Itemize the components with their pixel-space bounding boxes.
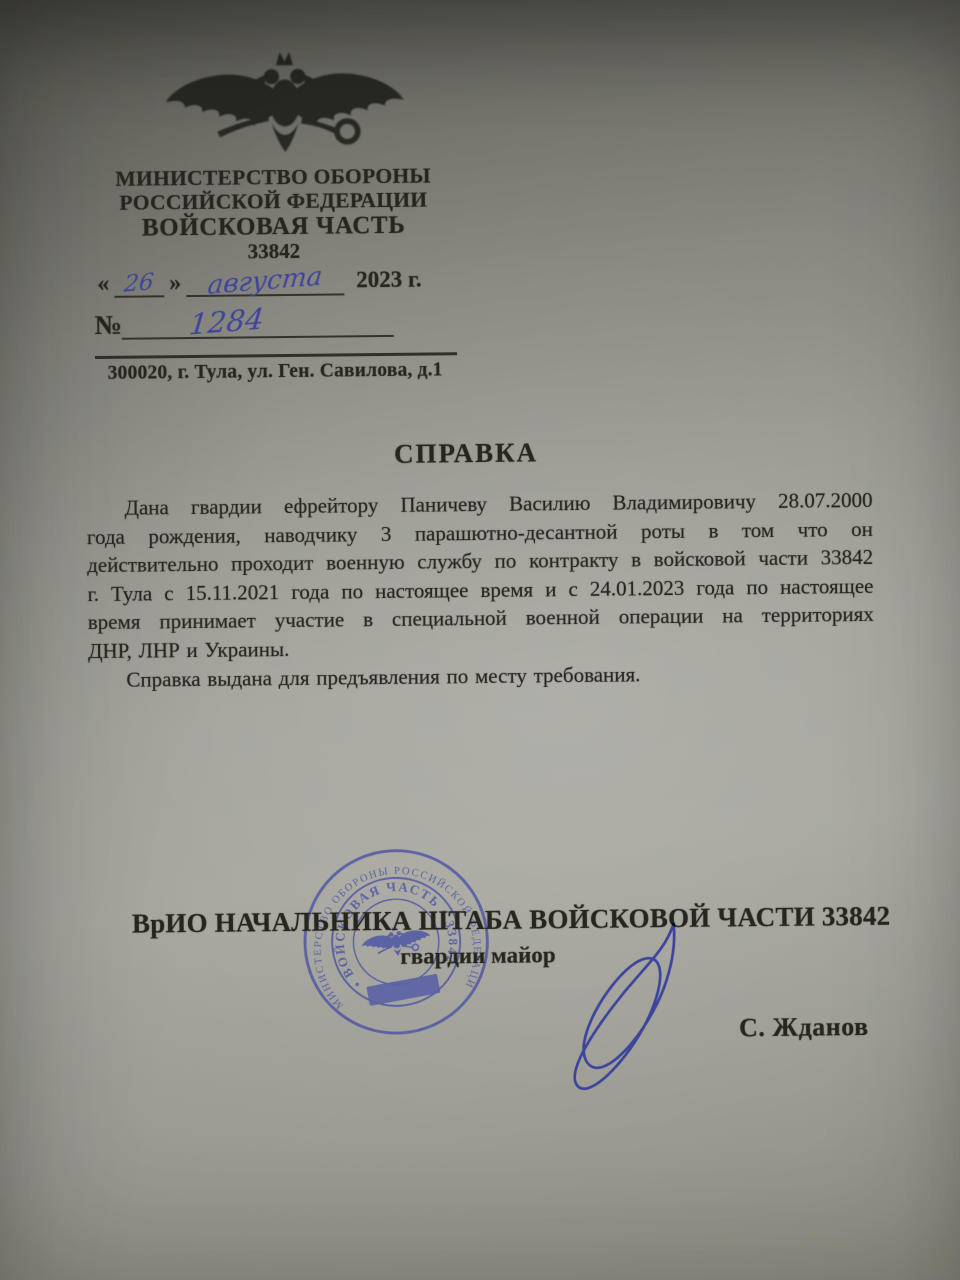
signer-position-title: ВрИО НАЧАЛЬНИКА ШТАБА ВОЙСКОВОЙ ЧАСТИ 33…: [132, 901, 891, 940]
blank-rule-line: [95, 352, 457, 359]
document-title: СПРАВКА: [86, 434, 846, 473]
paper-sheet: МИНИСТЕРСТВО ОБОРОНЫ РОССИЙСКОЙ ФЕДЕРАЦИ…: [0, 0, 960, 1280]
ministry-eagle-icon: [162, 43, 408, 160]
signer-rank: гвардии майор: [400, 942, 556, 970]
redacted-block: [366, 974, 440, 1006]
unit-number: 33842: [78, 238, 470, 265]
unit-address: 300020, г. Тула, ул. Ген. Савилова, д.1: [79, 359, 471, 385]
handwritten-signature-icon: [541, 918, 709, 1100]
handwritten-doc-number: 1284: [188, 306, 265, 339]
letterhead: МИНИСТЕРСТВО ОБОРОНЫ РОССИЙСКОЙ ФЕДЕРАЦИ…: [77, 163, 470, 265]
doc-number-line: № 1284: [95, 307, 394, 340]
day-slot: 26: [114, 272, 164, 298]
close-quote: »: [164, 270, 186, 297]
ministry-line-2: РОССИЙСКОЙ ФЕДЕРАЦИИ: [77, 187, 469, 215]
number-sign: №: [95, 310, 122, 340]
handwritten-day: 26: [123, 271, 155, 295]
photographed-document: МИНИСТЕРСТВО ОБОРОНЫ РОССИЙСКОЙ ФЕДЕРАЦИ…: [0, 0, 960, 1280]
date-line: « 26 » августа 2023 г.: [92, 265, 422, 298]
year-printed: 2023 г.: [356, 265, 422, 296]
official-round-stamp-icon: МИНИСТЕРСТВО ОБОРОНЫ РОССИЙСКОЙ ФЕДЕРАЦИ…: [298, 844, 494, 1040]
handwritten-month: августа: [207, 265, 324, 298]
open-quote: «: [92, 271, 114, 298]
document-body: Дана гвардии ефрейтору Паничеву Василию …: [86, 486, 874, 694]
unit-line: ВОЙСКОВАЯ ЧАСТЬ: [78, 211, 470, 242]
doc-number-slot: 1284: [122, 307, 394, 340]
month-slot: августа: [186, 268, 344, 297]
signer-name: С. Жданов: [739, 1012, 869, 1043]
